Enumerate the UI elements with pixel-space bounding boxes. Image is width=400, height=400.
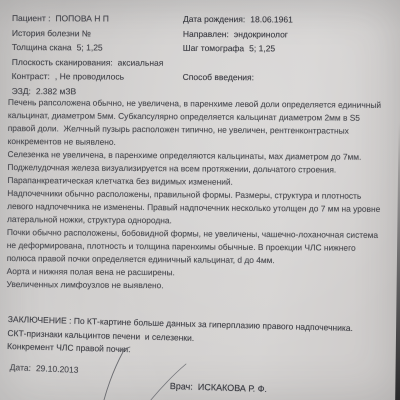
contrast-label: Контраст: (12, 71, 50, 81)
scan-plane-field: Плоскость сканирования:аксиальная (12, 55, 164, 70)
scan-plane-value: аксиальная (118, 57, 164, 67)
administration-method-label: Способ введения: (183, 72, 254, 82)
doctor-value: ИСКАКОВА Р. Ф. (198, 382, 267, 394)
patient-field: Пациент :ПОПОВА Н П (12, 11, 109, 26)
findings-section: Печень рапсоложена обычно, не увеличена,… (6, 96, 396, 294)
birthdate-value: 18.06.1961 (250, 14, 293, 24)
report-header: Пациент :ПОПОВА Н П Дата рождения:18.06.… (12, 11, 394, 101)
scan-plane-label: Плоскость сканирования: (12, 57, 113, 68)
dose-label: ЭЗД: (12, 86, 31, 96)
scan-thickness-field: Толщина скана5; 1,25 (12, 40, 103, 55)
referral-label: Направлен: (183, 28, 229, 38)
tomograph-step-field: Шаг томографа5; 1,25 (183, 41, 275, 56)
administration-method-field: Способ введения: (183, 70, 259, 85)
doctor-label: Врач: (170, 381, 193, 392)
date-label: Дата: (10, 362, 32, 373)
report-photo: Пациент :ПОПОВА Н П Дата рождения:18.06.… (0, 0, 400, 400)
scan-thickness-value: 5; 1,25 (77, 43, 103, 53)
dose-value: 2.382 мЗВ (36, 86, 76, 96)
birthdate-label: Дата рождения: (183, 14, 245, 24)
report-line: Увеличенных лимфоузлов не выявлено. (6, 278, 394, 294)
tomograph-step-label: Шаг томографа (183, 43, 244, 53)
history-field: История болезни № (12, 26, 96, 41)
scan-thickness-label: Толщина скана (12, 42, 72, 52)
tomograph-step-value: 5; 1,25 (249, 43, 275, 53)
report-date: Дата:29.10.2013 (10, 362, 79, 375)
contrast-value: , Не проводилось (55, 72, 124, 82)
patient-value: ПОПОВА Н П (55, 13, 109, 23)
contrast-field: Контраст:, Не проводилось (12, 69, 124, 84)
history-label: История болезни № (12, 28, 91, 38)
referral-field: Направлен:эндокринолог (183, 26, 288, 41)
patient-label: Пациент : (12, 13, 51, 23)
birthdate-field: Дата рождения:18.06.1961 (183, 12, 293, 27)
date-value: 29.10.2013 (36, 363, 79, 375)
conclusion-section: ЗАКЛЮЧЕНИЕ : По КТ-картине больше данных… (7, 313, 396, 364)
doctor-signature-line: Врач:ИСКАКОВА Р. Ф. (170, 381, 268, 394)
referral-value: эндокринолог (234, 29, 288, 39)
